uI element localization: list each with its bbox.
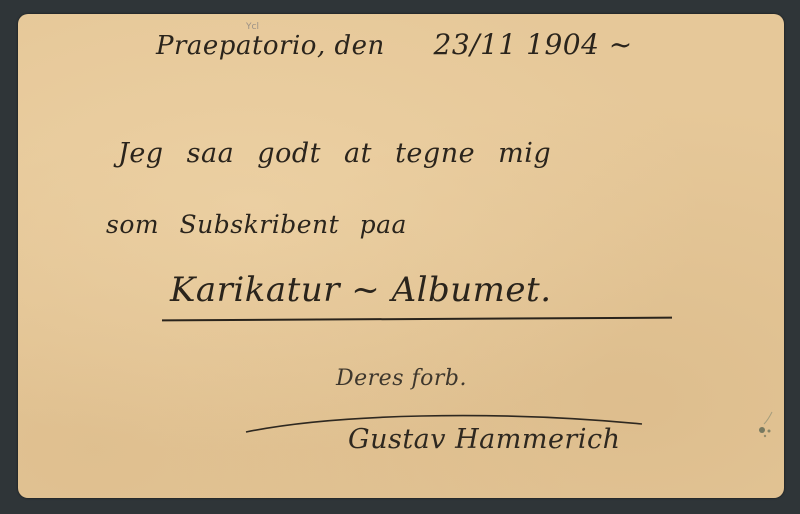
- closing-text: Deres forb.: [336, 366, 467, 391]
- album-title: Karikatur ~ Albumet.: [170, 270, 552, 310]
- ink-stain: [750, 406, 780, 446]
- postcard: Ycl Praepatorio, den 23/11 1904 ~ Jeg sa…: [18, 14, 784, 498]
- place-date-line: Praepatorio, den 23/11 1904 ~: [156, 28, 633, 61]
- date-text: 23/11 1904 ~: [434, 28, 633, 61]
- body-line-2: som Subskribent paa: [106, 210, 407, 239]
- signature: Gustav Hammerich: [348, 424, 620, 455]
- body-line-1: Jeg saa godt at tegne mig: [118, 138, 551, 169]
- title-underline: [162, 317, 672, 322]
- place-text: Praepatorio, den: [156, 31, 385, 61]
